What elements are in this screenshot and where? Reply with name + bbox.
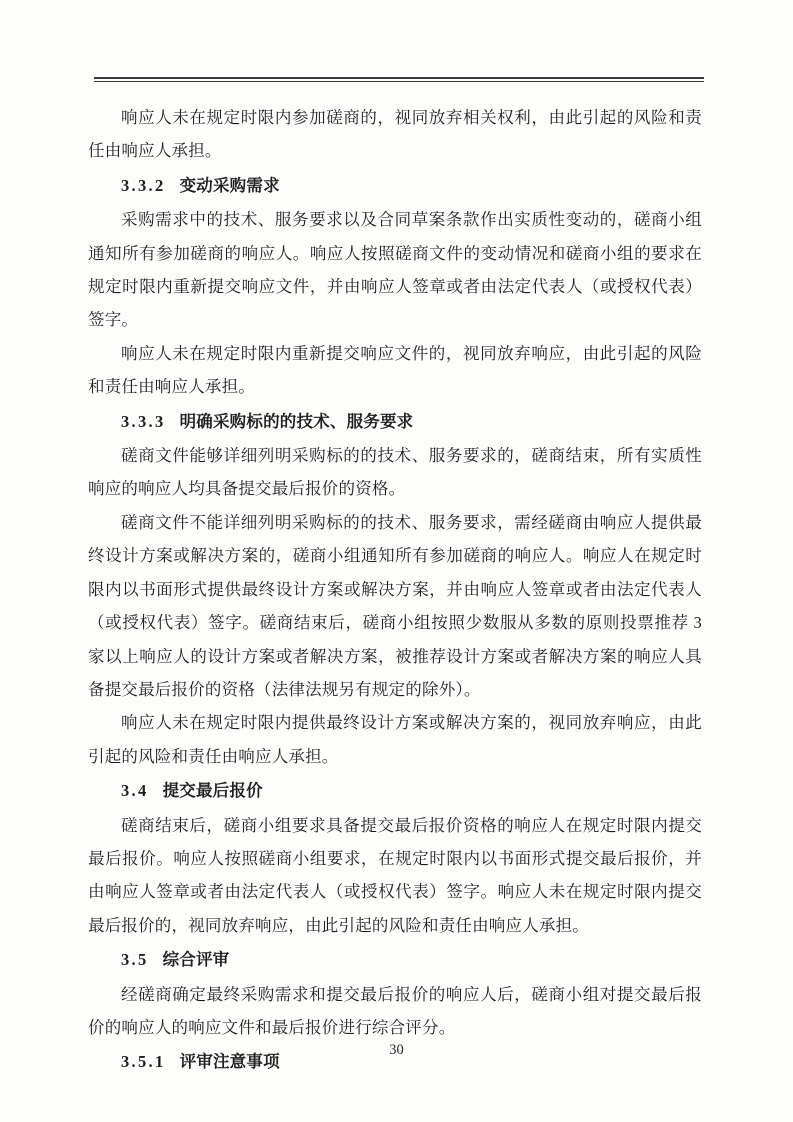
document-body: 响应人未在规定时限内参加磋商的，视同放弃相关权利，由此引起的风险和责任由响应人承… bbox=[88, 101, 702, 1080]
section-title: 明确采购标的的技术、服务要求 bbox=[180, 412, 414, 431]
section-number: 3.5 bbox=[121, 950, 149, 969]
paragraph: 磋商文件不能详细列明采购标的的技术、服务要求，需经磋商由响应人提供最终设计方案或… bbox=[88, 506, 702, 706]
section-number: 3.4 bbox=[121, 781, 149, 800]
paragraph: 磋商文件能够详细列明采购标的的技术、服务要求的，磋商结束，所有实质性响应的响应人… bbox=[88, 439, 702, 506]
document-page: 响应人未在规定时限内参加磋商的，视同放弃相关权利，由此引起的风险和责任由响应人承… bbox=[0, 0, 793, 1122]
page-footer: 30 bbox=[0, 1040, 793, 1060]
page-number: 30 bbox=[389, 1042, 404, 1058]
paragraph: 采购需求中的技术、服务要求以及合同草案条款作出实质性变动的，磋商小组通知所有参加… bbox=[88, 203, 702, 337]
section-heading: 3.5综合评审 bbox=[88, 943, 702, 976]
section-number: 3.3.3 bbox=[121, 412, 166, 431]
section-title: 提交最后报价 bbox=[163, 781, 263, 800]
paragraph: 响应人未在规定时限内重新提交响应文件的，视同放弃响应，由此引起的风险和责任由响应… bbox=[88, 337, 702, 404]
section-heading: 3.3.2变动采购需求 bbox=[88, 169, 702, 202]
section-title: 综合评审 bbox=[163, 950, 230, 969]
section-title: 变动采购需求 bbox=[180, 176, 280, 195]
section-heading: 3.4提交最后报价 bbox=[88, 774, 702, 807]
paragraph: 响应人未在规定时限内参加磋商的，视同放弃相关权利，由此引起的风险和责任由响应人承… bbox=[88, 101, 702, 168]
paragraph: 经磋商确定最终采购需求和提交最后报价的响应人后，磋商小组对提交最后报价的响应人的… bbox=[88, 978, 702, 1045]
paragraph: 磋商结束后，磋商小组要求具备提交最后报价资格的响应人在规定时限内提交最后报价。响… bbox=[88, 809, 702, 943]
paragraph: 响应人未在规定时限内提供最终设计方案或解决方案的，视同放弃响应，由此引起的风险和… bbox=[88, 706, 702, 773]
header-double-rule bbox=[94, 77, 704, 82]
section-heading: 3.3.3明确采购标的的技术、服务要求 bbox=[88, 405, 702, 438]
section-number: 3.3.2 bbox=[121, 176, 166, 195]
